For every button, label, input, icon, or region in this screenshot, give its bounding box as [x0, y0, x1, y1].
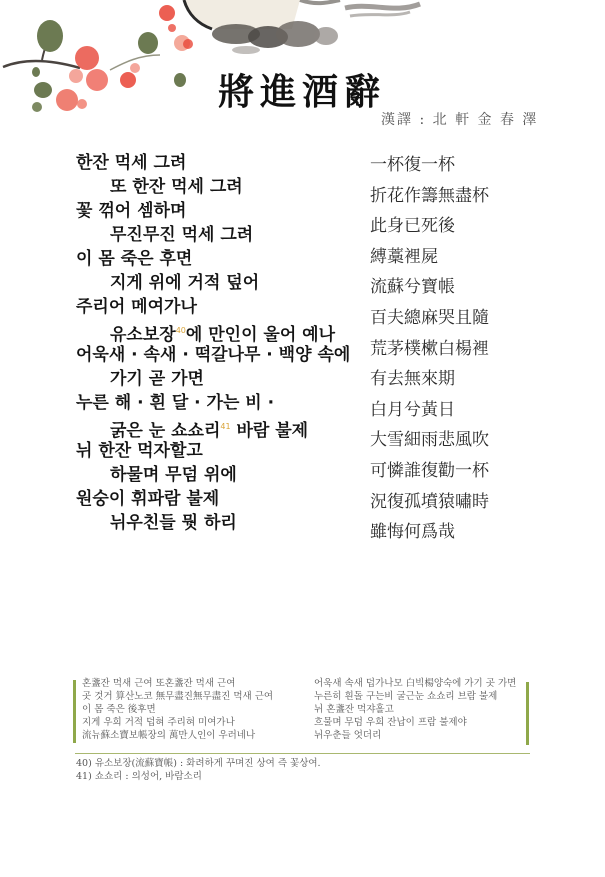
- original-text-line: 누른히 흰돌 구는비 굴근눈 쇼쇼리 브람 불제: [314, 690, 524, 703]
- original-text-line: 이 몸 죽은 後후면: [82, 703, 307, 716]
- page-title: 將進酒辭: [218, 70, 386, 114]
- hanmun-line: 折花作籌無盡杯: [370, 181, 540, 212]
- poem-line: 뉘 한잔 먹자할고: [76, 439, 376, 463]
- original-text-line: 흐물며 무덤 우희 잔납이 프람 불제야: [314, 716, 524, 729]
- accent-bar-left: [73, 680, 76, 743]
- hanmun-line: 縛藁裡屍: [370, 242, 540, 273]
- poem-line: 하물며 무덤 위에: [76, 463, 376, 487]
- hanmun-line: 有去無來期: [370, 364, 540, 395]
- poem-line: 유소보장40에 만인이 울어 예나: [76, 319, 376, 343]
- original-text-line: 어욱새 속새 덥가나모 白빅楊양숙에 가기 곳 가면: [314, 677, 524, 690]
- round-vessel-painting: [184, 0, 420, 54]
- poem-line-text: 바람 불제: [231, 421, 309, 441]
- hanmun-line: 流蘇兮寶帳: [370, 272, 540, 303]
- original-text-line: 뉘우춘들 엇더리: [314, 729, 524, 742]
- hanmun-line: 況復孤墳猿嘯時: [370, 487, 540, 518]
- original-text-line: 곳 것거 算산노코 無무盡진無무盡진 먹새 근여: [82, 690, 307, 703]
- hanmun-line: 荒茅樸樕白楊裡: [370, 334, 540, 365]
- poem-line: 지게 위에 거적 덮어: [76, 271, 376, 295]
- poem-line-text: 에 만인이 울어 예나: [186, 325, 335, 345]
- footnote-41: 41) 쇼쇼리 : 의성어, 바람소리: [76, 770, 526, 783]
- original-text-line: 流뉴蘇소寶보帳장의 萬만人인이 우러네나: [82, 729, 307, 742]
- original-text-left-column: 혼盞잔 먹새 근여 또혼盞잔 먹새 근여 곳 것거 算산노코 無무盡진無무盡진 …: [82, 677, 307, 742]
- poem-line: 무진무진 먹세 그려: [76, 223, 376, 247]
- poem-line: 원숭이 휘파람 불제: [76, 487, 376, 511]
- poem-line: 가기 곧 가면: [76, 367, 376, 391]
- poem-line-text: 유소보장: [110, 325, 176, 345]
- poem-line: 주리어 메여가나: [76, 295, 376, 319]
- original-text-line: 지게 우희 거적 덥혀 주리혀 미여가나: [82, 716, 307, 729]
- accent-bar-right: [526, 682, 529, 745]
- footnote-divider: [75, 753, 530, 754]
- poem-line: 누른 해 · 흰 달 · 가는 비 ·: [76, 391, 376, 415]
- hanmun-line: 此身已死後: [370, 211, 540, 242]
- hanmun-translation: 一杯復一杯 折花作籌無盡杯 此身已死後 縛藁裡屍 流蘇兮寶帳 百夫總麻哭且隨 荒…: [370, 150, 540, 548]
- poem-line: 굵은 눈 쇼쇼리41 바람 불제: [76, 415, 376, 439]
- translator-credit: 漢譯 : 北 軒 金 春 澤: [381, 110, 538, 130]
- poem-line: 이 몸 죽은 후면: [76, 247, 376, 271]
- poem-line: 꽃 꺾어 셈하며: [76, 199, 376, 223]
- footnote-marker: 40: [176, 326, 186, 335]
- poem-line: 또 한잔 먹세 그려: [76, 175, 376, 199]
- original-text-right-column: 어욱새 속새 덥가나모 白빅楊양숙에 가기 곳 가면 누른히 흰돌 구는비 굴근…: [314, 677, 524, 742]
- hanmun-line: 雖悔何爲哉: [370, 517, 540, 548]
- poem-line: 한잔 먹세 그려: [76, 151, 376, 175]
- hanmun-line: 白月兮黃日: [370, 395, 540, 426]
- original-text-line: 혼盞잔 먹새 근여 또혼盞잔 먹새 근여: [82, 677, 307, 690]
- korean-poem: 한잔 먹세 그려 또 한잔 먹세 그려 꽃 꺾어 셈하며 무진무진 먹세 그려 …: [76, 151, 376, 535]
- hanmun-line: 一杯復一杯: [370, 150, 540, 181]
- flower-branch-painting: [3, 5, 193, 112]
- hanmun-line: 百夫總麻哭且隨: [370, 303, 540, 334]
- poem-line: 뉘우친들 뭣 하리: [76, 511, 376, 535]
- hanmun-line: 可憐誰復勸一杯: [370, 456, 540, 487]
- original-text-line: 뉘 혼盞잔 먹쟈홀고: [314, 703, 524, 716]
- footnote-marker: 41: [220, 422, 230, 431]
- poem-line: 어욱새 · 속새 · 떡갈나무 · 백양 속에: [76, 343, 376, 367]
- footnote-40: 40) 유소보장(流蘇寶帳) : 화려하게 꾸며진 상여 즉 꽃상여.: [76, 757, 526, 770]
- footnotes: 40) 유소보장(流蘇寶帳) : 화려하게 꾸며진 상여 즉 꽃상여. 41) …: [76, 757, 526, 783]
- hanmun-line: 大雪細雨悲風吹: [370, 425, 540, 456]
- poem-line-text: 굵은 눈 쇼쇼리: [110, 421, 220, 441]
